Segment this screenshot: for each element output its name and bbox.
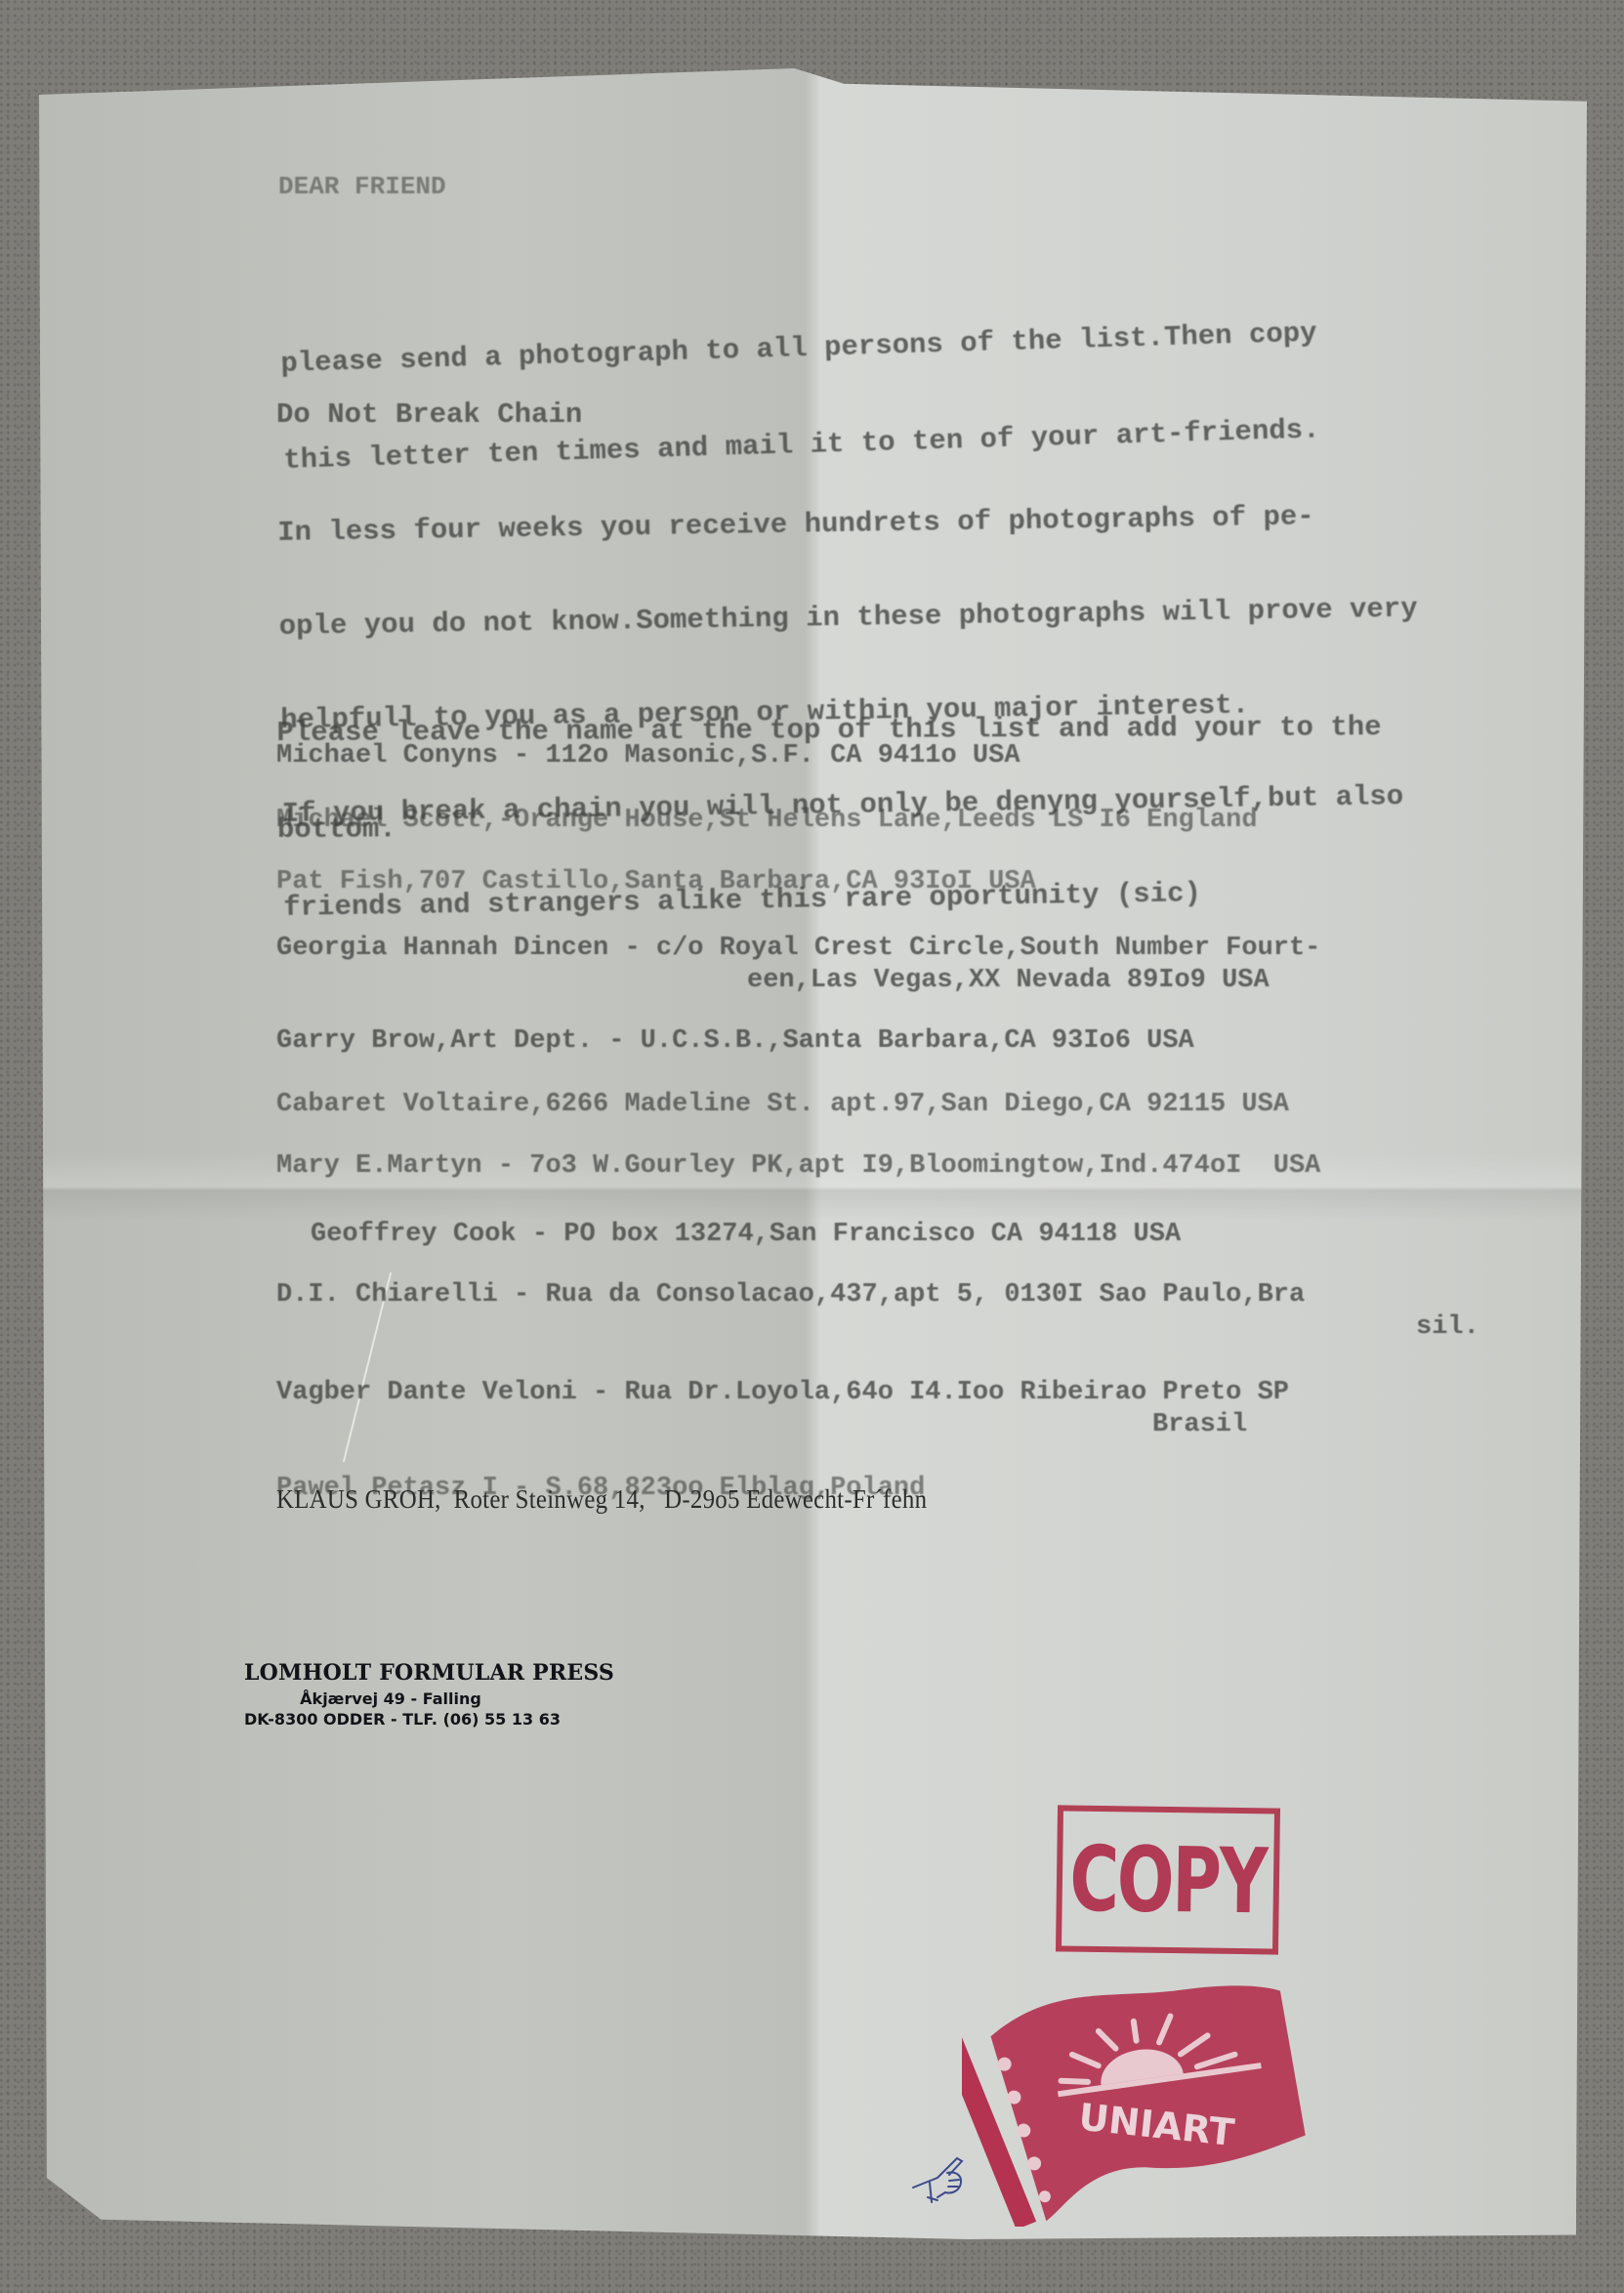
address-entry: Mary E.Martyn - 7o3 W.Gourley PK,apt I9,…: [276, 1150, 1320, 1183]
address-entry: Vagber Dante Veloni - Rua Dr.Loyola,64o …: [276, 1377, 1289, 1409]
address-entry: Michael Conyns - 112o Masonic,S.F. CA 94…: [276, 740, 1020, 772]
address-entry: Geoffrey Cook - PO box 13274,San Francis…: [311, 1219, 1181, 1251]
press-name: LOMHOLT FORMULAR PRESS: [244, 1660, 537, 1686]
copy-stamp-text: COPY: [1069, 1826, 1267, 1934]
chain-heading: Do Not Break Chain: [276, 398, 582, 431]
address-entry-continuation: Brasil: [1152, 1409, 1247, 1441]
salutation: DEAR FRIEND: [278, 171, 446, 203]
address-entry: Cabaret Voltaire,6266 Madeline St. apt.9…: [276, 1089, 1289, 1121]
address-entry: Michael Scott,-Orange House,St Helens La…: [276, 805, 1258, 837]
body-line: In less four weeks you receive hundrets …: [277, 500, 1416, 549]
intro-line: please send a photograph to all persons …: [280, 316, 1317, 379]
uniart-flag-stamp-icon: UNIART: [962, 1973, 1313, 2227]
address-entry: Georgia Hannah Dincen - c/o Royal Crest …: [276, 933, 1320, 965]
address-entry-continuation: sil.: [1416, 1312, 1479, 1344]
address-entry: Pat Fish,707 Castillo,Santa Barbara,CA 9…: [276, 866, 1036, 898]
pointing-hand-icon: [908, 2144, 977, 2212]
address-entry-continuation: een,Las Vegas,XX Nevada 89Io9 USA: [747, 965, 1270, 997]
body-line: ople you do not know.Something in these …: [279, 594, 1418, 643]
press-contact: DK-8300 ODDER - TLF. (06) 55 13 63: [244, 1710, 537, 1729]
address-entry: D.I. Chiarelli - Rua da Consolacao,437,a…: [276, 1279, 1305, 1312]
address-entry: Garry Brow,Art Dept. - U.C.S.B.,Santa Ba…: [276, 1025, 1194, 1058]
press-stamp: LOMHOLT FORMULAR PRESS Åkjærvej 49 - Fal…: [244, 1660, 537, 1729]
press-address: Åkjærvej 49 - Falling: [244, 1689, 537, 1708]
sender-address-stamp: KLAUS GROH, Roter Steinweg 14, D-29o5 Ed…: [276, 1484, 927, 1515]
copy-stamp: COPY: [1056, 1805, 1280, 1954]
